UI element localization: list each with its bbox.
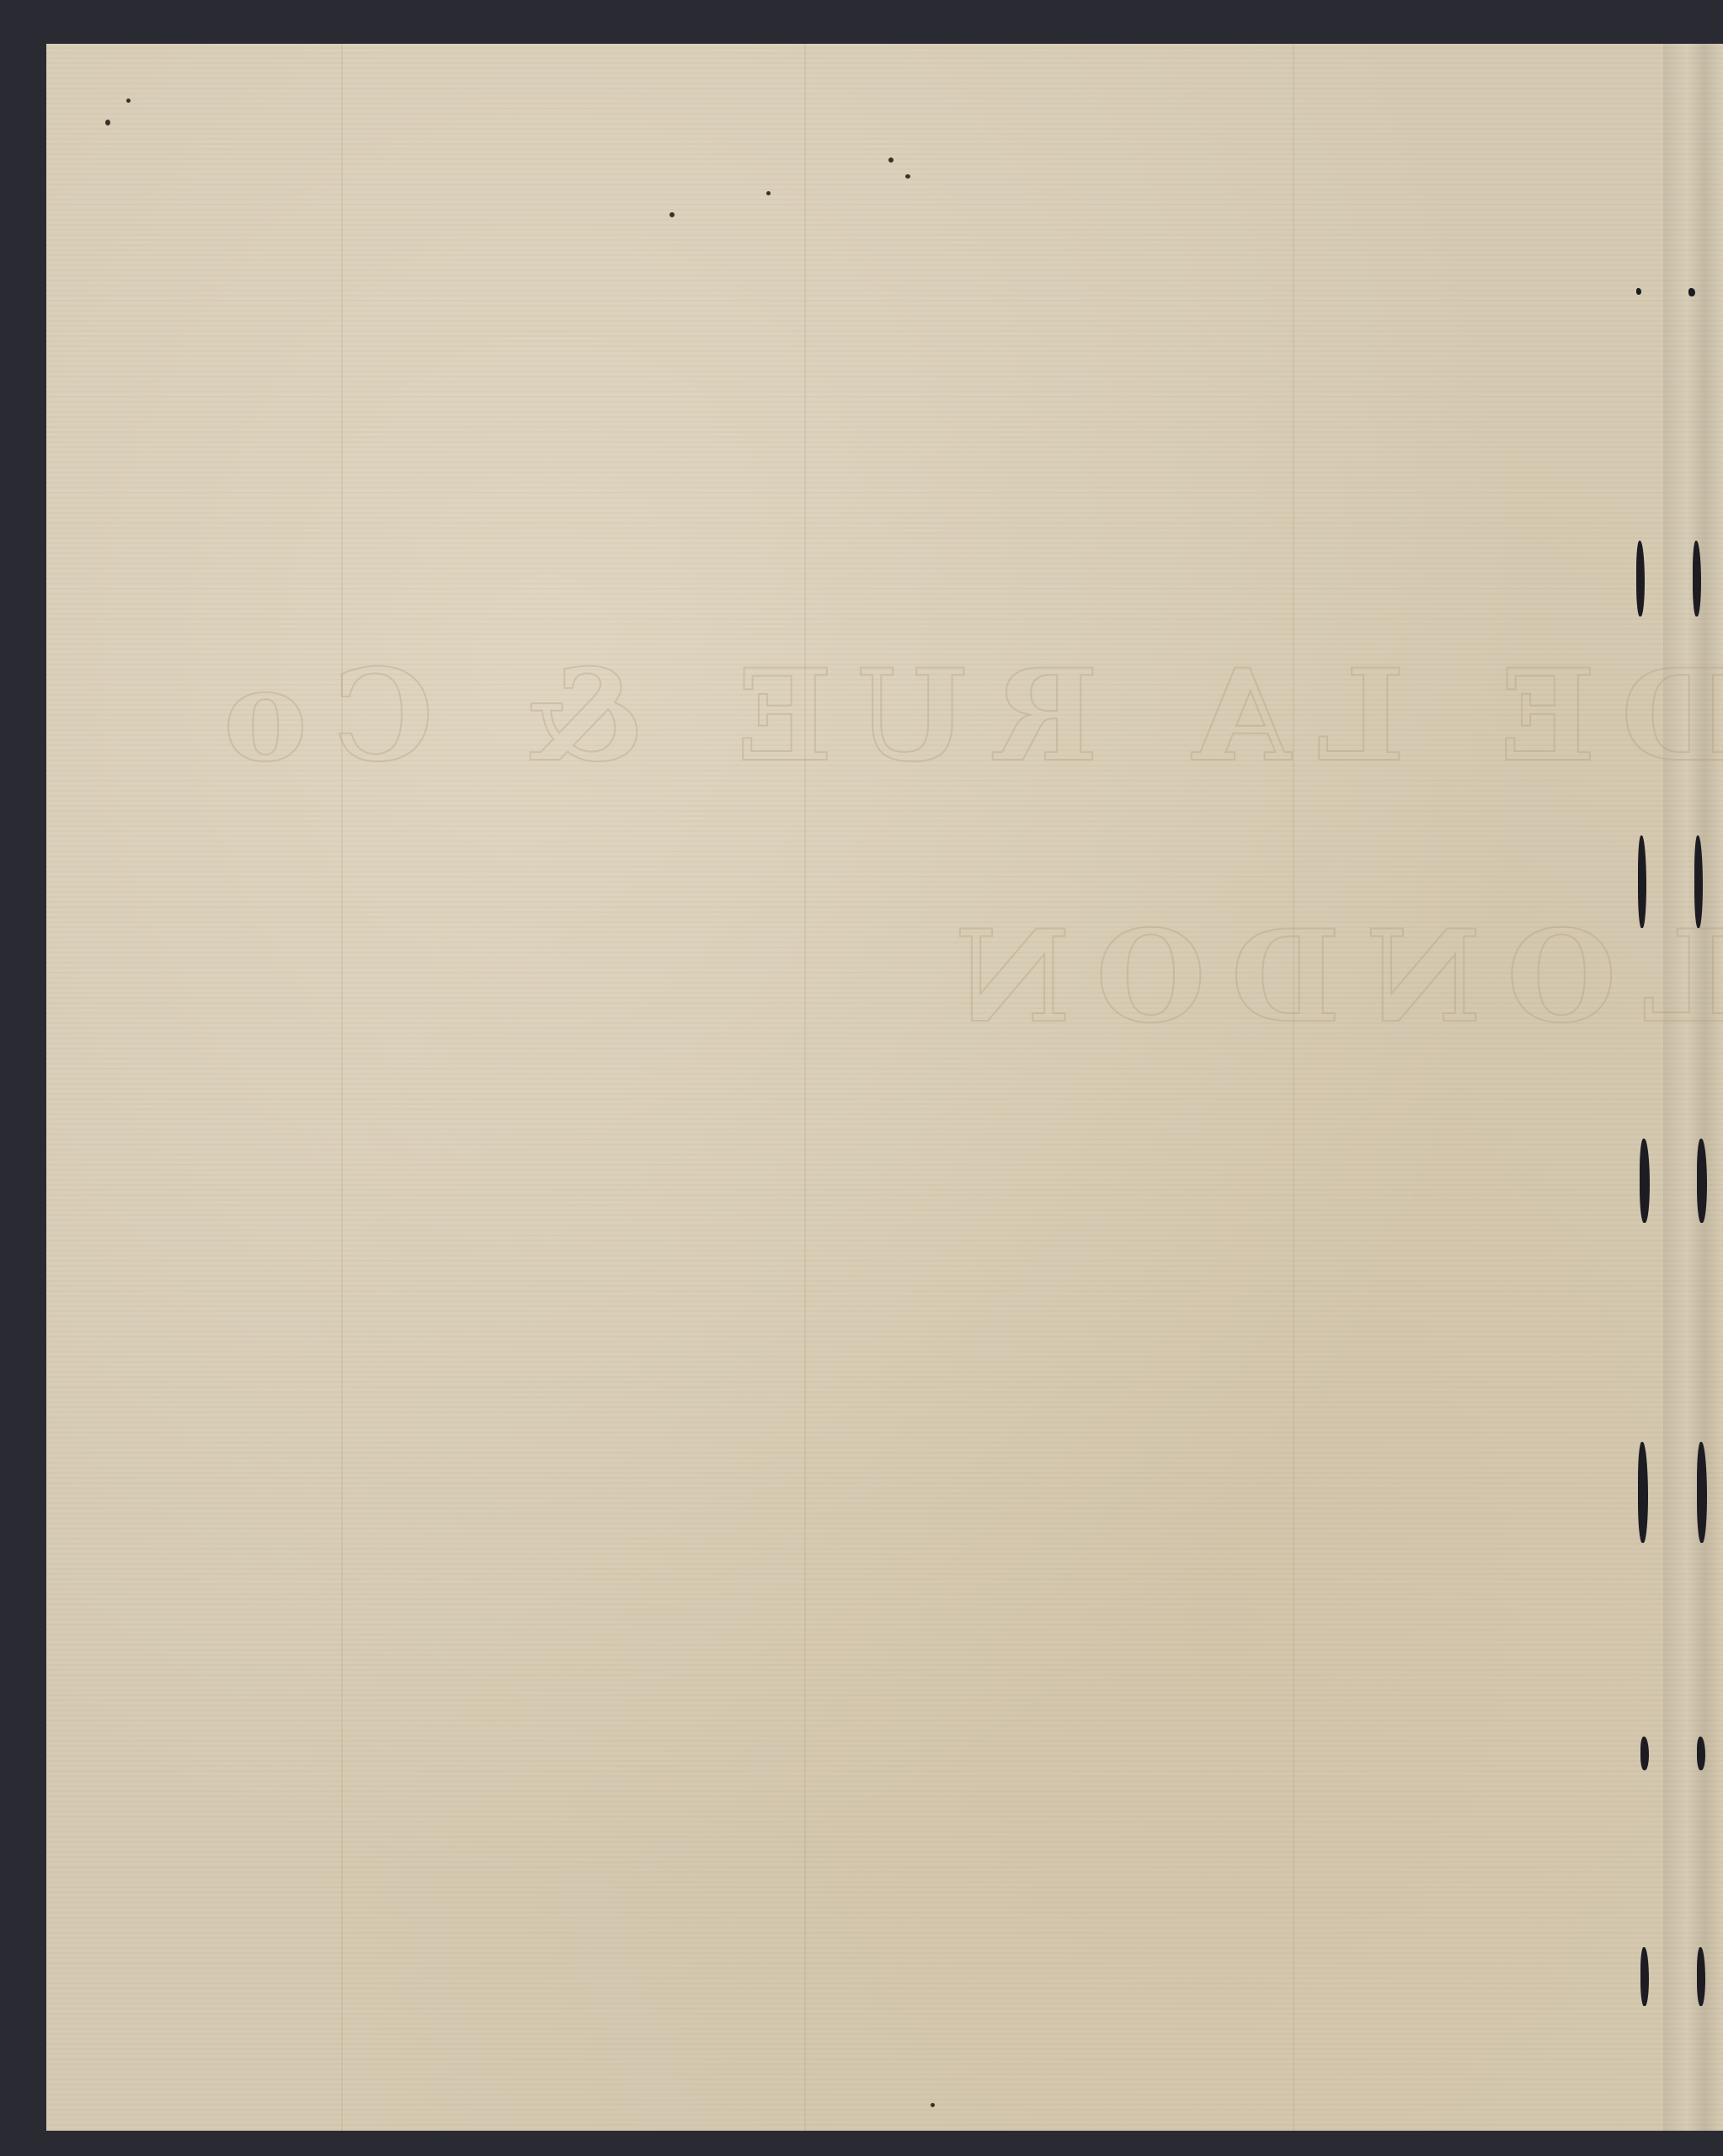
binding-hole — [1697, 1737, 1705, 1770]
chain-line — [804, 44, 806, 2131]
binding-hole — [1636, 288, 1641, 295]
binding-hole — [1638, 1442, 1648, 1543]
binding-hole — [1688, 288, 1695, 296]
speck — [766, 191, 771, 195]
binding-hole — [1636, 541, 1645, 616]
watermark-line-1: DE LA RUE & Co — [720, 642, 1723, 790]
watermark-line-2: LONDON — [720, 903, 1723, 1051]
chain-line — [1293, 44, 1294, 2131]
binding-hole — [1640, 1737, 1649, 1770]
speck — [905, 174, 910, 179]
speck — [126, 99, 131, 103]
fold-crease — [1663, 44, 1722, 2131]
binding-hole — [1640, 1947, 1649, 2006]
binding-hole — [1640, 1139, 1650, 1223]
paper-sheet: DE LA RUE & Co LONDON — [46, 44, 1723, 2131]
speck — [931, 2103, 935, 2107]
binding-hole — [1638, 835, 1646, 928]
speck — [105, 120, 110, 125]
chain-line — [341, 44, 343, 2131]
speck — [888, 157, 894, 163]
speck — [669, 212, 675, 217]
